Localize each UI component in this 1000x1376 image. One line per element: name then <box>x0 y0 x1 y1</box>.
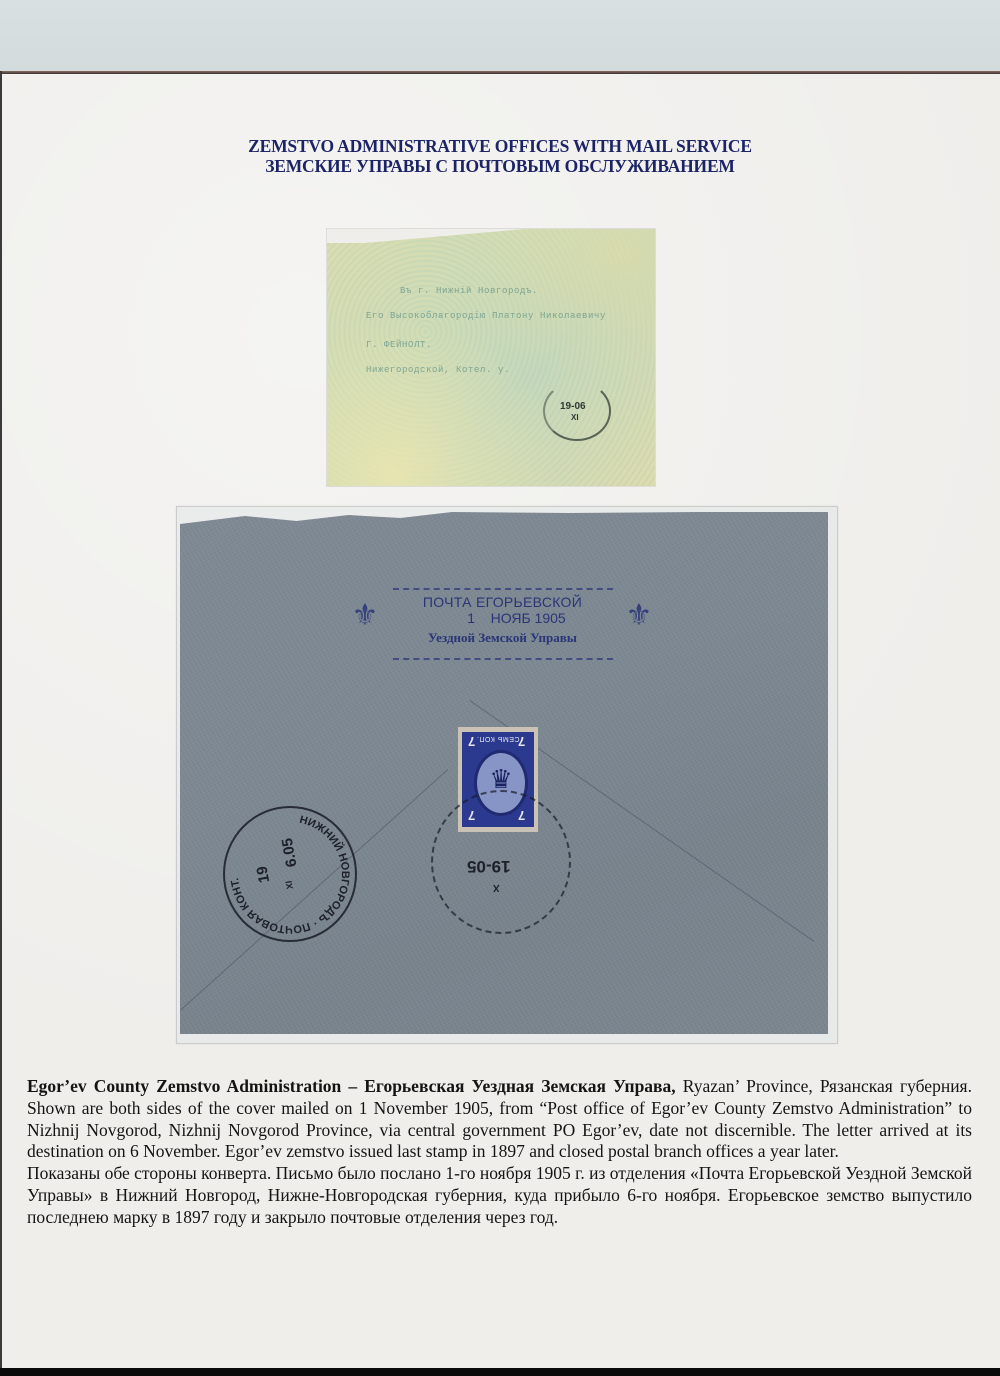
postmark-left-day: 19 <box>254 865 274 884</box>
cover-front-image <box>327 229 655 486</box>
page-title-english: ZEMSTVO ADMINISTRATIVE OFFICES WITH MAIL… <box>0 136 1000 156</box>
address-line: Его Высокоблагородію Платону Николаевичу <box>366 311 606 321</box>
scanner-background-band <box>0 0 1000 71</box>
handstamp-line-3: Уездной Земской Управы <box>345 630 660 646</box>
description-russian: Показаны обе стороны конверта. Письмо бы… <box>27 1163 972 1228</box>
front-postmark-date: 19-06 <box>560 401 586 412</box>
address-line: Въ г. Нижній Новгородъ. <box>400 286 538 296</box>
stamp-value: 7 <box>518 734 525 749</box>
postmark-ring-text: НИЖНИЙ НОВГОРОДЪ · ПОЧТОВАЯ КОНТ. <box>225 808 355 940</box>
postmark-left-month: XI <box>284 880 295 890</box>
postmark-center-month: X <box>493 882 500 893</box>
description-english: Egor’ev County Zemstvo Administration – … <box>27 1076 972 1163</box>
stamp-value: 7 <box>468 734 475 749</box>
page-title-russian: ЗЕМСКИЕ УПРАВЫ С ПОЧТОВЫМ ОБСЛУЖИВАНИЕМ <box>0 156 1000 176</box>
description-heading: Egor’ev County Zemstvo Administration – … <box>27 1076 676 1096</box>
scanner-bottom-edge <box>0 1368 1000 1376</box>
album-page-left-edge <box>0 71 2 1371</box>
handstamp-date: НОЯБ 1905 <box>491 610 566 626</box>
handstamp-line-1: ПОЧТА ЕГОРЬЕВСКОЙ <box>345 594 660 610</box>
front-postmark: 19-06 XI <box>543 381 611 441</box>
description: Egor’ev County Zemstvo Administration – … <box>27 1076 972 1229</box>
handstamp-day: 1 <box>467 610 475 626</box>
front-postmark-month: XI <box>571 413 579 422</box>
address-line: Нижегородской, Котел. у. <box>366 365 510 375</box>
address-line: Г. ФЕЙНОЛТ. <box>366 340 432 350</box>
page-title: ZEMSTVO ADMINISTRATIVE OFFICES WITH MAIL… <box>0 136 1000 176</box>
zemstvo-handstamp: ⚜ ⚜ ПОЧТА ЕГОРЬЕВСКОЙ 1 НОЯБ 1905 Уездно… <box>345 578 660 668</box>
postmark-center-date: 19-05 <box>467 856 510 876</box>
torn-edge <box>327 229 655 243</box>
svg-text:НИЖНИЙ НОВГОРОДЪ · ПОЧТОВАЯ КО: НИЖНИЙ НОВГОРОДЪ · ПОЧТОВАЯ КОНТ. <box>225 808 355 940</box>
postmark-nizhny-novgorod: НИЖНИЙ НОВГОРОДЪ · ПОЧТОВАЯ КОНТ. 6.05 1… <box>223 806 357 942</box>
postmark-center: 19-05 X <box>431 790 571 934</box>
handstamp-line-2: 1 НОЯБ 1905 <box>359 610 674 626</box>
